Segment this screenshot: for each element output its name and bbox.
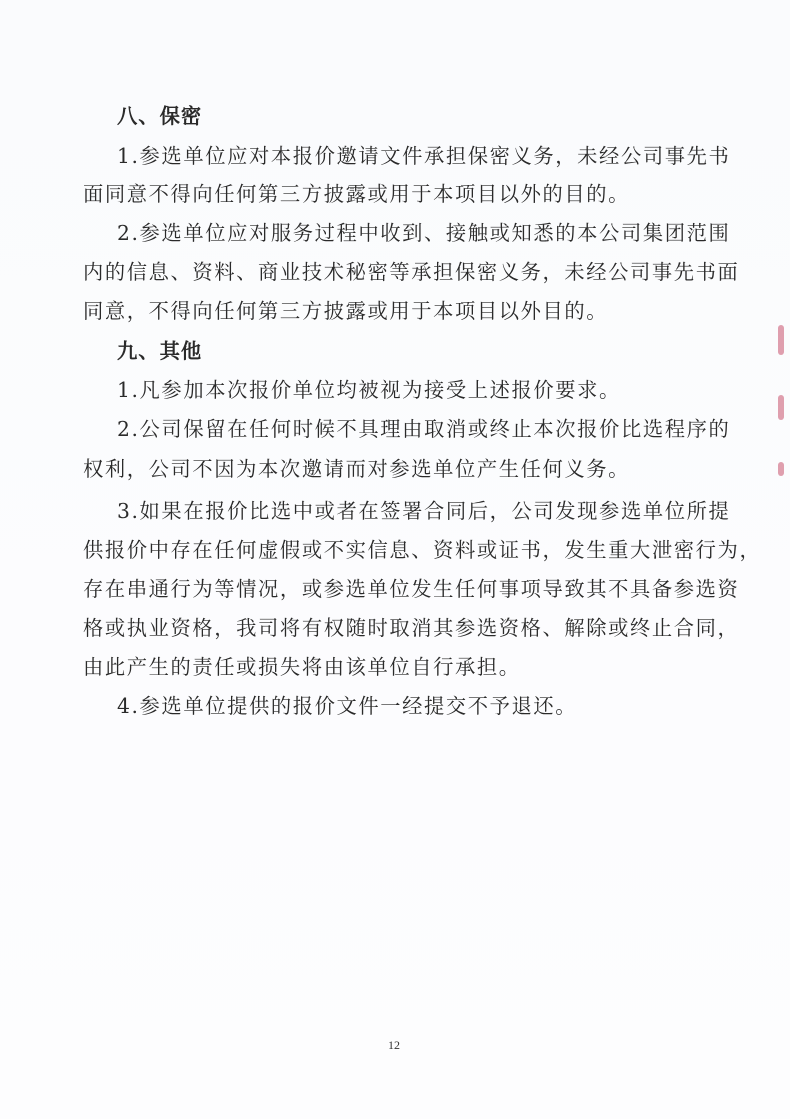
seal-stamp-fragment — [778, 325, 784, 355]
seal-stamp-fragment — [778, 462, 784, 476]
section-heading-other: 九、其他 — [117, 337, 202, 365]
document-page: 八、保密 1.参选单位应对本报价邀请文件承担保密义务，未经公司事先书 面同意不得… — [0, 0, 790, 1119]
paragraph-line: 由此产生的责任或损失将由该单位自行承担。 — [83, 653, 521, 681]
paragraph-line: 1.参选单位应对本报价邀请文件承担保密义务，未经公司事先书 — [117, 142, 730, 170]
paragraph-line: 2.公司保留在任何时候不具理由取消或终止本次报价比选程序的 — [117, 415, 730, 443]
paragraph-line: 格或执业资格，我司将有权随时取消其参选资格、解除或终止合同， — [83, 614, 739, 642]
paragraph-line: 同意，不得向任何第三方披露或用于本项目以外目的。 — [83, 297, 608, 325]
paragraph-line: 供报价中存在任何虚假或不实信息、资料或证书，发生重大泄密行为， — [83, 536, 761, 564]
section-heading-confidentiality: 八、保密 — [117, 102, 202, 130]
paragraph-line: 2.参选单位应对服务过程中收到、接触或知悉的本公司集团范围 — [117, 219, 730, 247]
paragraph-line: 3.如果在报价比选中或者在签署合同后，公司发现参选单位所提 — [117, 497, 730, 525]
paragraph-line: 内的信息、资料、商业技术秘密等承担保密义务，未经公司事先书面 — [83, 258, 739, 286]
paragraph-line: 1.凡参加本次报价单位均被视为接受上述报价要求。 — [117, 376, 621, 404]
paragraph-line: 面同意不得向任何第三方披露或用于本项目以外的目的。 — [83, 180, 630, 208]
page-number: 12 — [388, 1038, 400, 1053]
paragraph-line: 权利，公司不因为本次邀请而对参选单位产生任何义务。 — [83, 455, 630, 483]
seal-stamp-fragment — [778, 395, 784, 420]
paragraph-line: 4.参选单位提供的报价文件一经提交不予退还。 — [117, 692, 577, 720]
paragraph-line: 存在串通行为等情况，或参选单位发生任何事项导致其不具备参选资 — [83, 575, 739, 603]
